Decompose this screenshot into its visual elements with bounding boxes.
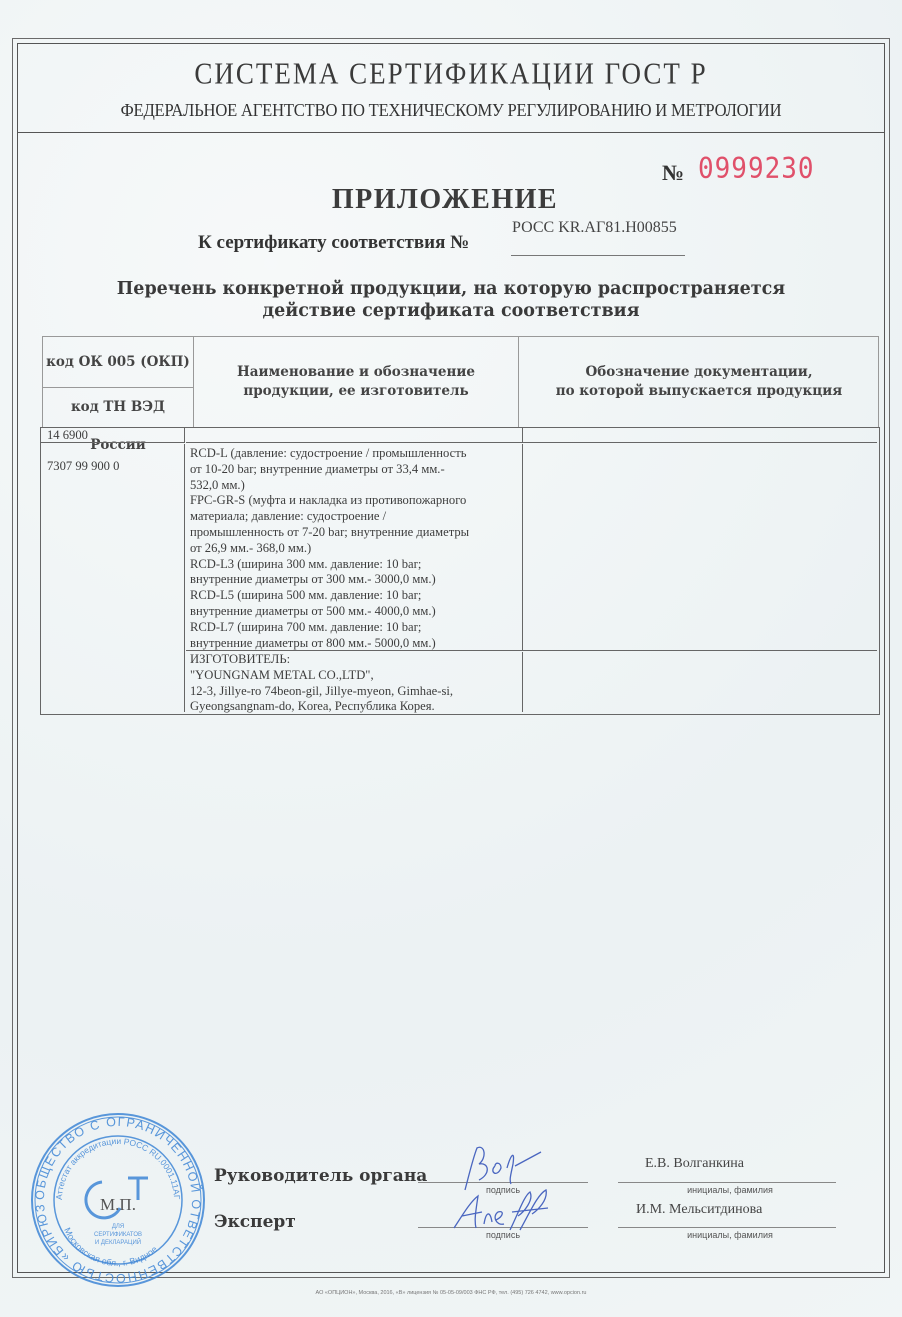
product-line: внутренние диаметры от 800 мм.- 5000,0 м… — [190, 636, 518, 652]
svg-text:И ДЕКЛАРАЦИЙ: И ДЕКЛАРАЦИЙ — [95, 1238, 141, 1246]
header-documentation: Обозначение документации, по которой вып… — [520, 337, 878, 427]
head-name: Е.В. Волганкина — [645, 1156, 744, 1172]
okp-code-value: 14 6900 — [41, 428, 185, 443]
head-name-caption: инициалы, фамилия — [660, 1185, 800, 1195]
list-title-line-1: Перечень конкретной продукции, на котору… — [0, 278, 902, 300]
header-okp-code: код ОК 005 (ОКП) — [43, 337, 194, 388]
agency-title: ФЕДЕРАЛЬНОЕ АГЕНТСТВО ПО ТЕХНИЧЕСКОМУ РЕ… — [36, 100, 866, 121]
header-documentation-line-1: Обозначение документации, — [520, 363, 878, 382]
documentation-cell — [523, 444, 877, 651]
manufacturer-cell: ИЗГОТОВИТЕЛЬ:"YOUNGNAM METAL CO.,LTD",12… — [186, 652, 523, 712]
header-divider — [17, 132, 885, 133]
empty-cell — [186, 428, 523, 443]
expert-name: И.М. Мельситдинова — [636, 1202, 762, 1218]
form-number-value: 0999230 — [698, 153, 815, 186]
system-title: СИСТЕМА СЕРТИФИКАЦИИ ГОСТ Р — [0, 56, 902, 92]
form-number-label: № — [662, 160, 684, 186]
product-line: материала; давление: судостроение / — [190, 509, 518, 525]
stamp-center-text: ДЛЯ — [112, 1224, 124, 1230]
product-list-title: Перечень конкретной продукции, на котору… — [0, 278, 902, 322]
round-seal-icon: ОБЩЕСТВО С ОГРАНИЧЕННОЙ ОТВЕТСТВЕННОСТЬЮ… — [30, 1112, 206, 1288]
head-name-line — [618, 1182, 836, 1183]
certificate-number: РОСС KR.АГ81.Н00855 — [512, 219, 677, 237]
expert-signature — [448, 1186, 558, 1236]
manufacturer-line: "YOUNGNAM METAL CO.,LTD", — [190, 668, 518, 684]
products-cell: RCD-L (давление: судостроение / промышле… — [186, 444, 523, 651]
product-line: от 10-20 bar; внутренние диаметры от 33,… — [190, 462, 518, 478]
certificate-label: К сертификату соответствия № — [198, 232, 469, 254]
product-line: 532,0 мм.) — [190, 478, 518, 494]
manufacturer-line: 12-3, Jillye-ro 74beon-gil, Jillye-myeon… — [190, 684, 518, 700]
appendix-title: ПРИЛОЖЕНИЕ — [0, 184, 890, 216]
table-body: 14 6900 7307 99 900 0 RCD-L (давление: с… — [40, 427, 880, 715]
svg-text:СЕРТИФИКАТОВ: СЕРТИФИКАТОВ — [94, 1232, 142, 1238]
product-line: от 26,9 мм.- 368,0 мм.) — [190, 541, 518, 557]
product-line: RCD-L5 (ширина 500 мм. давление: 10 bar; — [190, 588, 518, 604]
product-line: RCD-L3 (ширина 300 мм. давление: 10 bar; — [190, 557, 518, 573]
expert-label: Эксперт — [214, 1212, 296, 1232]
header-product-name: Наименование и обозначение продукции, ее… — [194, 337, 519, 427]
product-line: RCD-L7 (ширина 700 мм. давление: 10 bar; — [190, 620, 518, 636]
list-title-line-2: действие сертификата соответствия — [0, 300, 902, 322]
header-documentation-line-2: по которой выпускается продукция — [520, 382, 878, 401]
mp-label: М.П. — [100, 1195, 136, 1214]
product-line: FPC-GR-S (муфта и накладка из противопож… — [190, 493, 518, 509]
tnved-code-value: 7307 99 900 0 — [41, 444, 185, 712]
certificate-underline — [511, 255, 685, 256]
header-product-name-line-2: продукции, ее изготовитель — [194, 382, 518, 401]
expert-name-line — [618, 1227, 836, 1228]
expert-name-caption: инициалы, фамилия — [660, 1230, 800, 1240]
empty-cell — [523, 428, 877, 443]
printer-footer: АО «ОПЦИОН», Москва, 2016, «В» лицензия … — [0, 1290, 902, 1296]
table-header: код ОК 005 (ОКП) код ТН ВЭД России Наиме… — [42, 336, 879, 428]
product-line: RCD-L (давление: судостроение / промышле… — [190, 446, 518, 462]
header-tnved-code: код ТН ВЭД России — [43, 388, 194, 427]
manufacturer-line: Gyeongsangnam-do, Korea, Республика Коре… — [190, 699, 518, 715]
product-line: внутренние диаметры от 300 мм.- 3000,0 м… — [190, 572, 518, 588]
product-line: промышленность от 7-20 bar; внутренние д… — [190, 525, 518, 541]
product-line: внутренние диаметры от 500 мм.- 4000,0 м… — [190, 604, 518, 620]
head-of-body-label: Руководитель органа — [214, 1166, 427, 1186]
empty-cell — [523, 652, 877, 712]
header-product-name-line-1: Наименование и обозначение — [194, 363, 518, 382]
manufacturer-line: ИЗГОТОВИТЕЛЬ: — [190, 652, 518, 668]
